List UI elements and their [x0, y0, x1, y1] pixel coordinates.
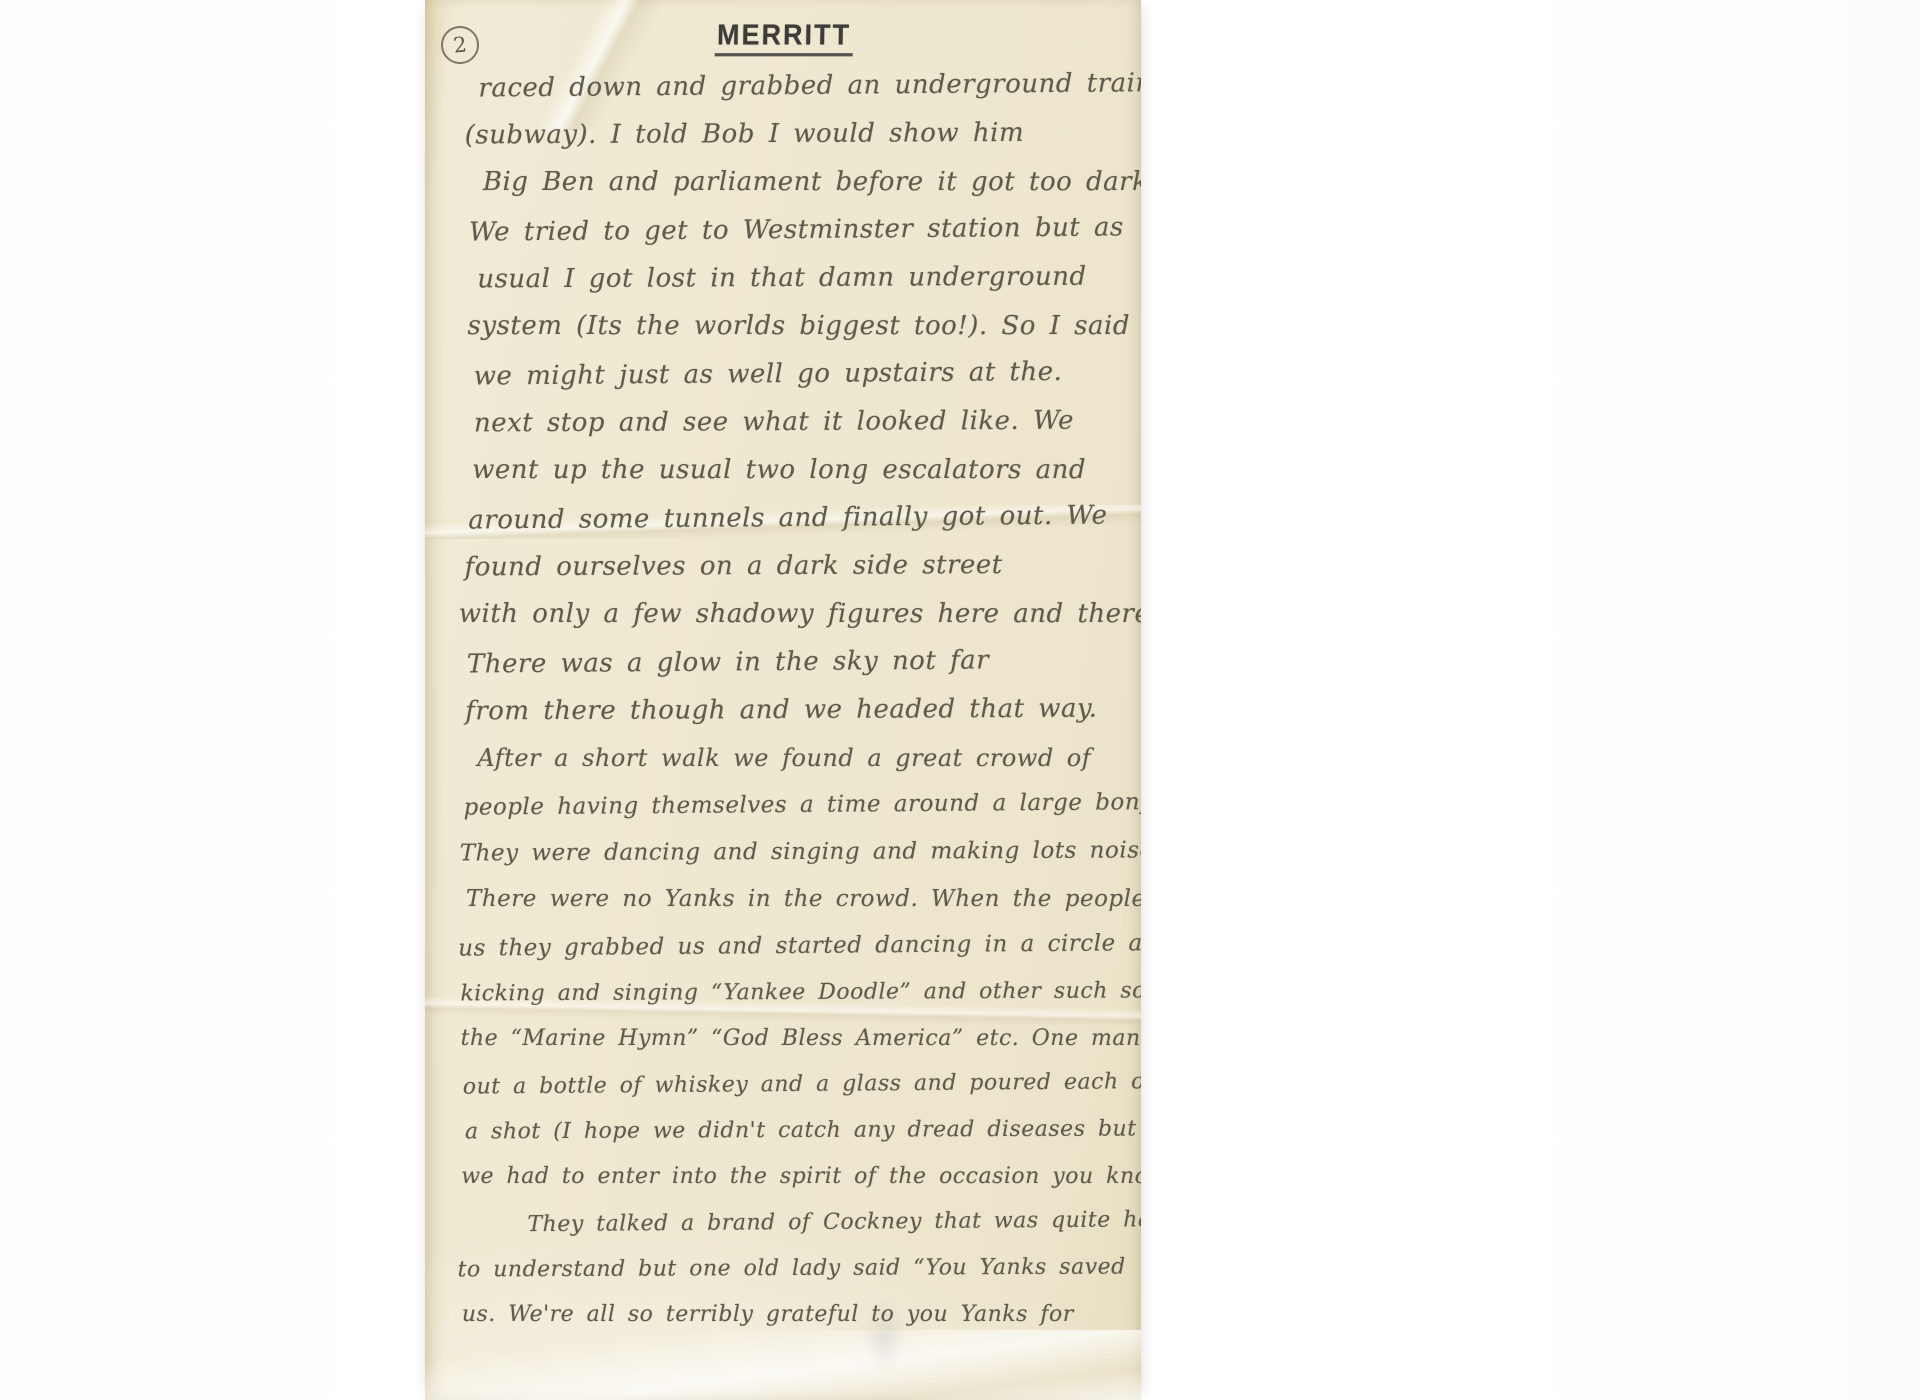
handwritten-line: We tried to get to Westminster station b…	[469, 203, 1133, 256]
handwritten-line: us they grabbed us and started dancing i…	[458, 920, 1136, 972]
handwritten-line: There was a glow in the sky not far	[467, 635, 1135, 688]
handwritten-line: next stop and see what it looked like. W…	[474, 396, 1134, 447]
handwritten-line: to understand but one old lady said “You…	[458, 1244, 1138, 1293]
handwritten-line: found ourselves on a dark side street	[464, 540, 1134, 591]
handwritten-line: They were dancing and singing and making…	[460, 827, 1136, 877]
handwritten-line: (subway). I told Bob I would show him	[465, 108, 1133, 159]
handwritten-line: went up the usual two long escalators an…	[472, 446, 1134, 494]
handwritten-line: kicking and singing “Yankee Doodle” and …	[460, 968, 1136, 1017]
handwritten-line: we had to enter into the spirit of the o…	[461, 1154, 1137, 1200]
handwritten-line: around some tunnels and finally got out.…	[468, 491, 1134, 544]
handwritten-line: usual I got lost in that damn undergroun…	[477, 252, 1133, 303]
letter-page: 2 MERRITT raced down and grabbed an unde…	[425, 0, 1141, 1400]
handwritten-line: They talked a brand of Cockney that was …	[527, 1197, 1137, 1248]
handwritten-line: we might just as well go upstairs at the…	[474, 347, 1134, 400]
scan-background: 2 MERRITT raced down and grabbed an unde…	[0, 0, 1920, 1400]
handwritten-line: a shot (I hope we didn't catch any dread…	[465, 1106, 1137, 1155]
handwritten-line: us. We're all so terribly grateful to yo…	[462, 1292, 1138, 1338]
handwritten-line: raced down and grabbed an underground tr…	[478, 59, 1132, 112]
paper-crease	[425, 1330, 1141, 1400]
handwritten-line: people having themselves a time around a…	[463, 779, 1135, 831]
handwritten-line: with only a few shadowy figures here and…	[459, 590, 1135, 638]
handwritten-line: the “Marine Hymn” “God Bless America” et…	[461, 1016, 1137, 1062]
handwritten-line: from there though and we headed that way…	[465, 684, 1135, 735]
handwriting-block: raced down and grabbed an underground tr…	[425, 0, 1141, 1340]
handwritten-line: After a short walk we found a great crow…	[477, 734, 1135, 782]
handwritten-line: There were no Yanks in the crowd. When t…	[466, 876, 1136, 923]
handwritten-line: Big Ben and parliament before it got too…	[483, 158, 1133, 206]
handwritten-line: out a bottle of whiskey and a glass and …	[463, 1059, 1137, 1110]
handwritten-line: system (Its the worlds biggest too!). So…	[468, 302, 1134, 350]
